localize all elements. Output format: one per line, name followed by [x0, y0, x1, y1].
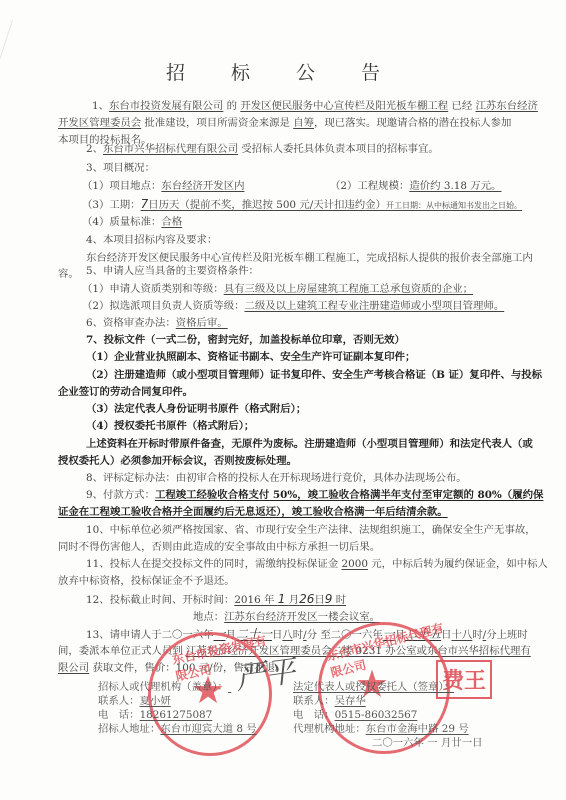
tenderer-contact: 联系人：夏小妍 [98, 695, 171, 708]
quality-standard: （4）质量标准：合格 [82, 216, 182, 229]
section-9-line-2: 证金在工程竣工验收合格并全面履约后无息返还），竣工验收合格满一年后结清余款。 [58, 506, 448, 519]
bid-doc-item-4: （4）授权委托书原件（格式附后）； [86, 420, 254, 433]
bid-doc-note-a: 上述资料在开标时带原件备查，无原件为废标。注册建造师（小型项目管理师）和法定代表… [86, 438, 533, 451]
project-location: （1）项目地点：东台经济开发区内 [82, 180, 244, 193]
agency-contact: 联系人：吴存华 [293, 695, 366, 708]
section-6: 6、资格审查办法：资格后审。 [86, 317, 228, 330]
section-8: 8、评标定标办法：由初审合格的投标人在开标现场进行竞价，具体办法现场公布。 [86, 472, 467, 485]
signature-date: 二〇一六年 一 月廿一日 [372, 737, 483, 750]
bid-doc-note-b: 授权委托人）必须参加开标会议，否则按废标处理。 [58, 455, 297, 468]
page-title: 招 标 公 告 [0, 58, 566, 85]
section-2: 2、东台市兴华招标代理有限公司 受招标人委托具体负责本项目的招标事宜。 [86, 143, 439, 156]
agency-phone: 电 话：0515-86032567 [293, 709, 417, 722]
section-4-line-1: 东台经济开发区便民服务中心宣传栏及阳光板车棚工程施工，完成招标人提供的报价表全部… [86, 252, 533, 265]
tenderer-seal-label: 招标人或代理机构（盖章）： [98, 681, 298, 694]
tender-notice-page: 招 标 公 告 1、东台市投资发展有限公司 的 开发区便民服务中心宣传栏及阳光板… [0, 0, 566, 800]
section-4-line-2: 容。 [58, 268, 79, 281]
bid-doc-item-1: （1）企业营业执照副本、资格证书副本、安全生产许可证副本复印件； [86, 351, 415, 364]
scan-edge-line [0, 20, 13, 163]
qualification-item-1: （1）申请人资质类别和等级：具有三级及以上房屋建筑工程施工总承包资质的企业； [82, 283, 473, 296]
bid-doc-item-3: （3）法定代表人身份证明书原件（格式附后）； [86, 403, 306, 416]
agency-address: 代理机构地址：东台市金海中路 29 号 [293, 723, 469, 736]
section-3-heading: 3、项目概况： [86, 162, 155, 175]
section-11-line-1: 11、投标人在提交投标文件的同时，需缴纳投标保证金 2000 元，中标后转为履约… [86, 558, 548, 571]
tenderer-name: 东台市投资发展有限公司 [109, 100, 223, 112]
section-10-line-2: 同时不得伤害他人，否则由此造成的安全事故由中标方承担一切后果。 [58, 541, 380, 554]
tenderer-address: 招标人地址：东台市迎宾大道 8 号 [98, 723, 257, 736]
qualification-item-2: （2）拟选派项目负责人资质等级：二级及以上建筑工程专业注册建造师或小型项目管理师… [82, 300, 504, 313]
bid-doc-item-2b: 企业签订的劳动合同复印件。 [58, 386, 193, 399]
section-4-heading: 4、本项目招标内容及要求： [86, 234, 217, 247]
section-1-line-2: 开发区管理委员会 批准建设，项目所需资金来源是 自筹，现已落实。现邀请合格的潜在… [58, 117, 511, 130]
project-period: （3）工期：7日历天（提前不奖，推迟按 500 元/天计扣违约金）开工日期：从中… [82, 198, 522, 212]
section-13-line-2: 间，委派本单位正式人员到 江苏东台经济开发区管理委员会二楼 0231 办公室或东… [58, 645, 531, 658]
section-11-line-2: 放弃中标资格，投标保证金不予退还。 [58, 575, 235, 588]
bid-doc-item-2a: （2）注册建造师（或小型项目管理师）证书复印件、安全生产考核合格证（B 证）复印… [86, 369, 542, 382]
legal-rep-seal-label: 法定代表人或授权委托人（签章）： [293, 681, 454, 694]
section-9-line-1: 9、付款方式：工程竣工经验收合格支付 50%，竣工验收合格满半年支付至审定额的 … [86, 489, 543, 502]
section-1-line-1: 1、东台市投资发展有限公司 的 开发区便民服务中心宣传栏及阳光板车棚工程 已经 … [92, 100, 538, 113]
section-12-place: 地点：江苏东台经济开发区一楼会议室。 [193, 611, 380, 624]
tenderer-phone: 电 话：18261275087 [98, 709, 212, 722]
section-10-line-1: 10、中标单位必须严格按国家、省、市现行安全生产法律、法规组织施工，确保安全生产… [86, 524, 536, 537]
section-12-deadline: 12、投标截止时间、开标时间：2016 年 1 月26日9 时 [86, 593, 346, 607]
agency-name: 东台市兴华招标代理有限公司 [103, 143, 238, 155]
section-7-heading: 7、投标文件（一式二份，密封完好，加盖投标单位印章，否则无效） [86, 334, 405, 347]
project-scale: （2）工程规模：造价约 3.18 万元。 [330, 180, 501, 193]
project-name: 开发区便民服务中心宣传栏及阳光板车棚工程 [240, 100, 448, 112]
fund-source: 自筹 [293, 117, 314, 129]
section-5-heading: 5、申请人应当具备的主要资格条件： [86, 265, 259, 278]
section-13-line-1: 13、请申请人于二〇一六年一月二十一日八时/分 至二〇一六年一月二十五日十八时/… [86, 628, 528, 642]
